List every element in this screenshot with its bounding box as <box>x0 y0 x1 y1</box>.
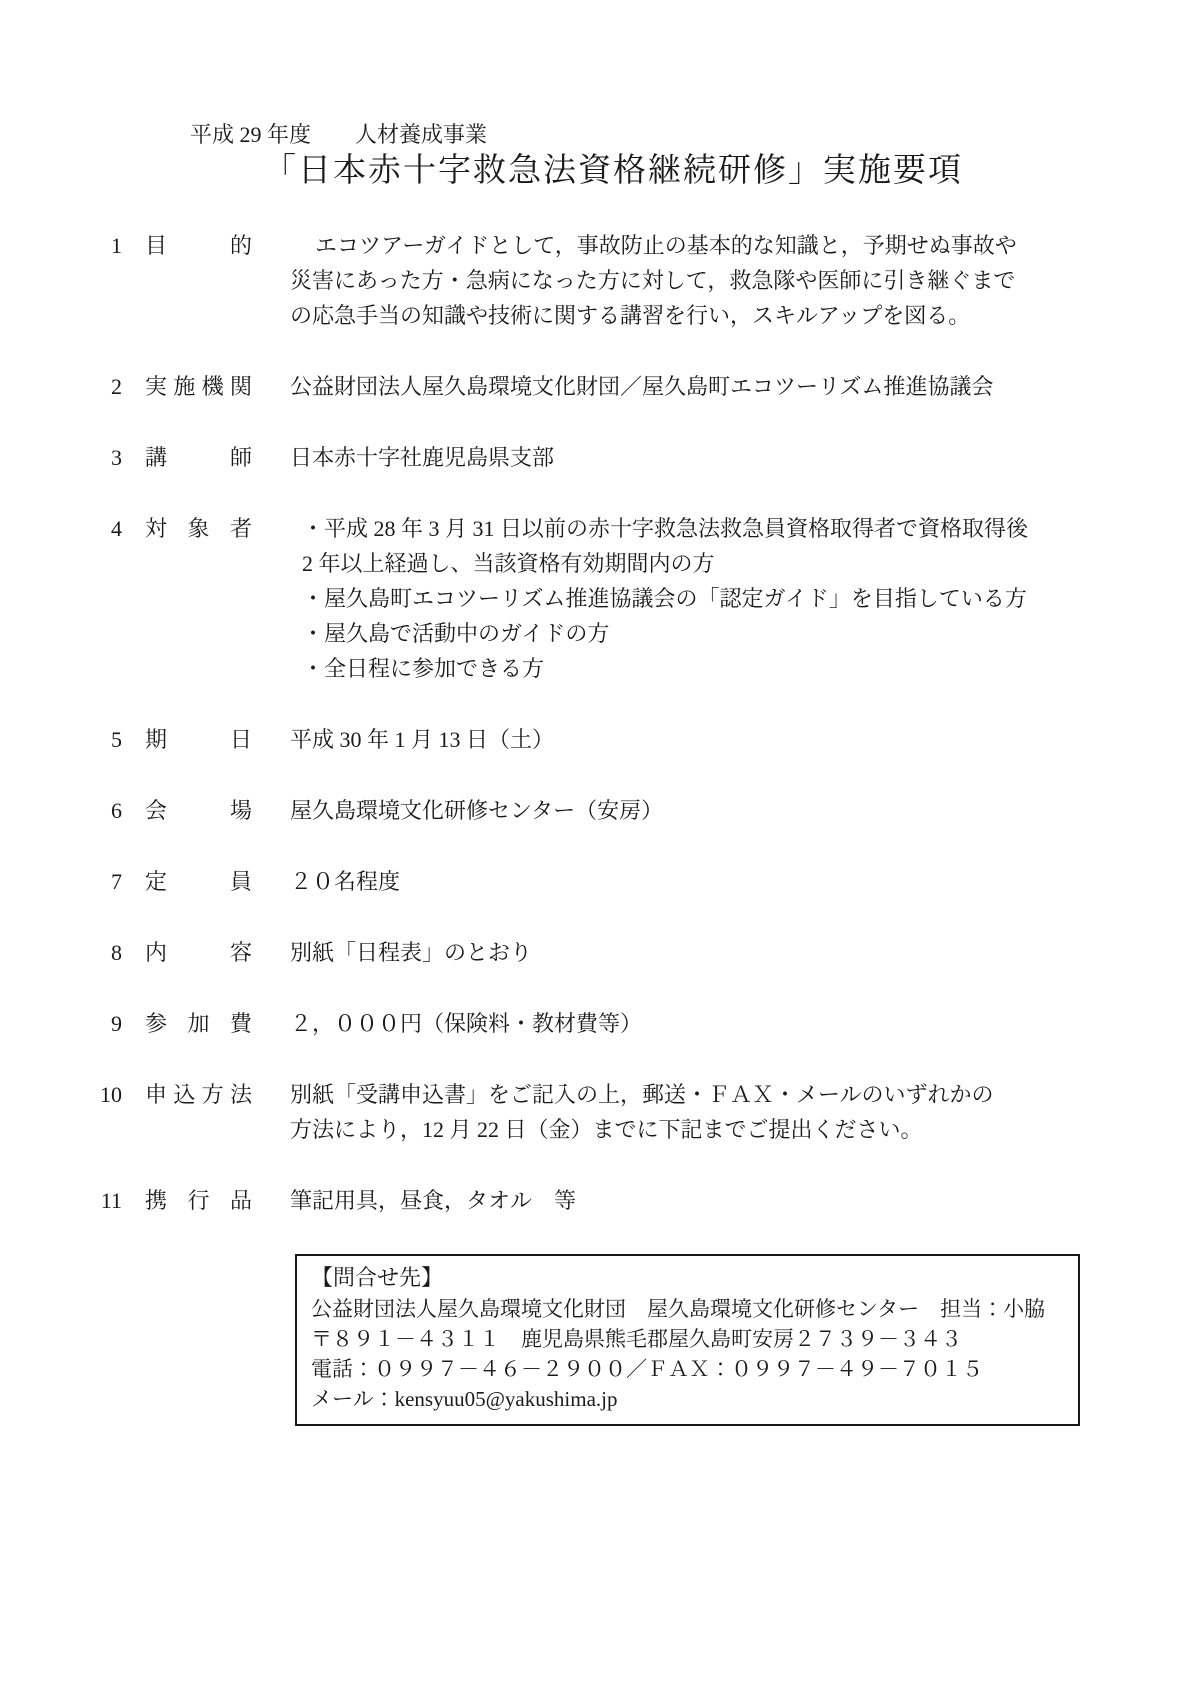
item-line: ２０名程度 <box>290 864 1035 899</box>
item-number: 1 <box>0 228 122 263</box>
item-number: 6 <box>0 793 122 828</box>
item-line: の応急手当の知識や技術に関する講習を行い，スキルアップを図る。 <box>290 298 1035 333</box>
item-content: 公益財団法人屋久島環境文化財団／屋久島町エコツーリズム推進協議会 <box>290 369 1035 404</box>
item-label: 内容 <box>145 935 252 970</box>
contact-box-lines: 公益財団法人屋久島環境文化財団 屋久島環境文化研修センター 担当：小脇〒８９１－… <box>311 1294 1064 1414</box>
doc-subtitle: 平成 29 年度 人材養成事業 <box>190 0 1191 150</box>
item-label: 目的 <box>145 228 252 263</box>
item-number: 2 <box>0 369 122 404</box>
item-label: 対象者 <box>145 511 252 546</box>
item-line: 日本赤十字社鹿児島県支部 <box>290 440 1035 475</box>
item-number: 3 <box>0 440 122 475</box>
item-line: ・屋久島で活動中のガイドの方 <box>302 616 1047 651</box>
item-label: 参加費 <box>145 1006 252 1041</box>
item-line: ２，０００円（保険料・教材費等） <box>290 1006 1035 1041</box>
item-line: 屋久島環境文化研修センター（安房） <box>290 793 1035 828</box>
contact-box-title: 【問合せ先】 <box>311 1262 1064 1294</box>
numbered-item: 4 対象者 ・平成 28 年 3 月 31 日以前の赤十字救急法救急員資格取得者… <box>0 511 1191 686</box>
item-line: 公益財団法人屋久島環境文化財団／屋久島町エコツーリズム推進協議会 <box>290 369 1035 404</box>
item-line: 別紙「日程表」のとおり <box>290 935 1035 970</box>
item-line: 2 年以上経過し、当該資格有効期間内の方 <box>302 546 1047 581</box>
numbered-item: 2 実施機関 公益財団法人屋久島環境文化財団／屋久島町エコツーリズム推進協議会 <box>0 369 1191 404</box>
item-line: 筆記用具，昼食，タオル 等 <box>290 1183 1035 1218</box>
item-label: 携行品 <box>145 1183 252 1218</box>
item-line: 平成 30 年 1 月 13 日（土） <box>290 722 1035 757</box>
contact-line: メール：kensyuu05@yakushima.jp <box>311 1384 1064 1414</box>
item-number: 4 <box>0 511 122 546</box>
item-content: ２，０００円（保険料・教材費等） <box>290 1006 1035 1041</box>
numbered-item: 11 携行品 筆記用具，昼食，タオル 等 <box>0 1183 1191 1218</box>
numbered-item: 5 期日 平成 30 年 1 月 13 日（土） <box>0 722 1191 757</box>
item-number: 7 <box>0 864 122 899</box>
item-content: 日本赤十字社鹿児島県支部 <box>290 440 1035 475</box>
numbered-item: 10 申込方法 別紙「受講申込書」をご記入の上，郵送・ＦＡＸ・メールのいずれかの… <box>0 1077 1191 1147</box>
document-page: 平成 29 年度 人材養成事業 「日本赤十字救急法資格継続研修」実施要項 1 目… <box>0 0 1191 1684</box>
item-label: 定員 <box>145 864 252 899</box>
numbered-item: 3 講師 日本赤十字社鹿児島県支部 <box>0 440 1191 475</box>
item-label: 講師 <box>145 440 252 475</box>
item-content: エコツアーガイドとして，事故防止の基本的な知識と，予期せぬ事故や災害にあった方・… <box>290 228 1035 333</box>
item-line: ・全日程に参加できる方 <box>302 651 1047 686</box>
numbered-item: 7 定員 ２０名程度 <box>0 864 1191 899</box>
numbered-item: 8 内容 別紙「日程表」のとおり <box>0 935 1191 970</box>
item-label: 期日 <box>145 722 252 757</box>
doc-title: 「日本赤十字救急法資格継続研修」実施要項 <box>263 150 1191 192</box>
contact-line: 電話：０９９７－４６－２９００／ＦＡＸ：０９９７－４９－７０１５ <box>311 1354 1064 1384</box>
numbered-item: 6 会場 屋久島環境文化研修センター（安房） <box>0 793 1191 828</box>
item-content: 平成 30 年 1 月 13 日（土） <box>290 722 1035 757</box>
item-number: 9 <box>0 1006 122 1041</box>
numbered-item: 1 目的 エコツアーガイドとして，事故防止の基本的な知識と，予期せぬ事故や災害に… <box>0 228 1191 333</box>
item-line: 方法により，12 月 22 日（金）までに下記までご提出ください。 <box>290 1112 1035 1147</box>
item-content: 別紙「受講申込書」をご記入の上，郵送・ＦＡＸ・メールのいずれかの方法により，12… <box>290 1077 1035 1147</box>
item-line: エコツアーガイドとして，事故防止の基本的な知識と，予期せぬ事故や <box>290 228 1035 263</box>
contact-line: 公益財団法人屋久島環境文化財団 屋久島環境文化研修センター 担当：小脇 <box>311 1294 1064 1324</box>
item-number: 8 <box>0 935 122 970</box>
item-line: ・平成 28 年 3 月 31 日以前の赤十字救急法救急員資格取得者で資格取得後 <box>302 511 1047 546</box>
item-label: 実施機関 <box>145 369 252 404</box>
numbered-item: 9 参加費 ２，０００円（保険料・教材費等） <box>0 1006 1191 1041</box>
item-content: 別紙「日程表」のとおり <box>290 935 1035 970</box>
item-label: 申込方法 <box>145 1077 252 1112</box>
item-number: 5 <box>0 722 122 757</box>
item-content: 屋久島環境文化研修センター（安房） <box>290 793 1035 828</box>
contact-box: 【問合せ先】 公益財団法人屋久島環境文化財団 屋久島環境文化研修センター 担当：… <box>295 1254 1080 1426</box>
item-line: 災害にあった方・急病になった方に対して，救急隊や医師に引き継ぐまで <box>290 263 1035 298</box>
item-content: 筆記用具，昼食，タオル 等 <box>290 1183 1035 1218</box>
item-content: ・平成 28 年 3 月 31 日以前の赤十字救急法救急員資格取得者で資格取得後… <box>290 511 1047 686</box>
item-label: 会場 <box>145 793 252 828</box>
item-number: 10 <box>0 1077 122 1112</box>
item-line: 別紙「受講申込書」をご記入の上，郵送・ＦＡＸ・メールのいずれかの <box>290 1077 1035 1112</box>
contact-line: 〒８９１－４３１１ 鹿児島県熊毛郡屋久島町安房２７３９－３４３ <box>311 1324 1064 1354</box>
item-line: ・屋久島町エコツーリズム推進協議会の「認定ガイド」を目指している方 <box>302 581 1047 616</box>
item-number: 11 <box>0 1183 122 1218</box>
item-content: ２０名程度 <box>290 864 1035 899</box>
items-list: 1 目的 エコツアーガイドとして，事故防止の基本的な知識と，予期せぬ事故や災害に… <box>0 228 1191 1218</box>
